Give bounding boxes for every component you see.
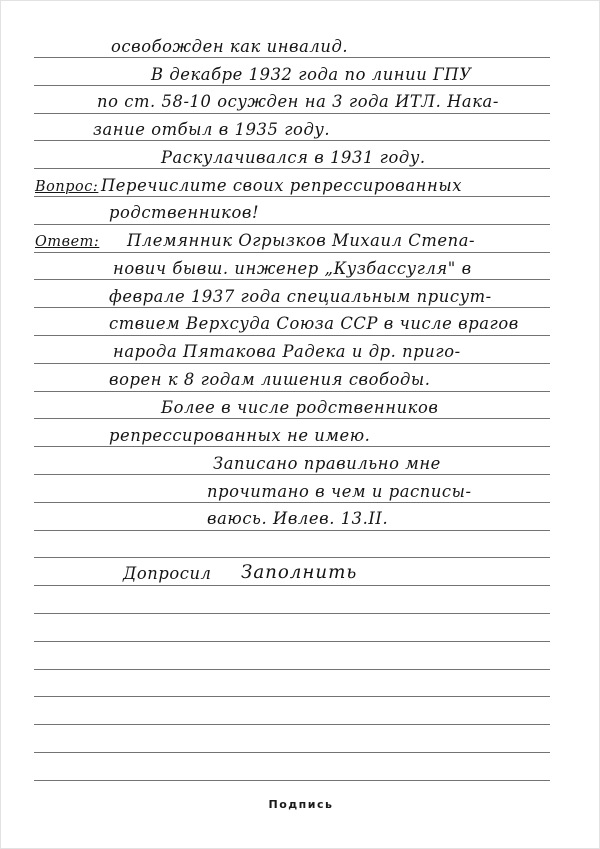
interrogator-signature: Заполнить: [241, 562, 357, 582]
question-label: Вопрос:: [35, 176, 98, 196]
handwritten-line: ворен к 8 годам лишения свободы.: [109, 370, 431, 390]
ruled-line: [34, 57, 550, 58]
ruled-line: [34, 780, 550, 781]
handwritten-line: Племянник Огрызков Михаил Степа-: [127, 231, 475, 251]
ruled-line: [34, 502, 550, 503]
handwritten-line: феврале 1937 года специальным присут-: [109, 287, 492, 307]
signature-caption: Подпись: [1, 798, 600, 811]
ruled-line: [34, 113, 550, 114]
ruled-line: [34, 140, 550, 141]
handwritten-line: Записано правильно мне: [213, 454, 441, 474]
ruled-line: [34, 474, 550, 475]
ruled-line: [34, 335, 550, 336]
ruled-line: [34, 641, 550, 642]
handwritten-line: народа Пятакова Радека и др. приго-: [113, 342, 461, 362]
handwritten-line: зание отбыл в 1935 году.: [93, 120, 330, 140]
ruled-line: [34, 696, 550, 697]
ruled-line: [34, 224, 550, 225]
handwritten-line: Раскулачивался в 1931 году.: [161, 148, 426, 168]
ruled-line: [34, 168, 550, 169]
ruled-line: [34, 557, 550, 558]
handwritten-line: Более в числе родственников: [161, 398, 438, 418]
handwritten-line: по ст. 58-10 осужден на 3 года ИТЛ. Нака…: [97, 92, 499, 112]
handwritten-line: Перечислите своих репрессированных: [101, 176, 462, 196]
ruled-line: [34, 613, 550, 614]
ruled-line: [34, 391, 550, 392]
ruled-line: [34, 279, 550, 280]
handwritten-line: ствием Верхсуда Союза ССР в числе врагов: [109, 314, 519, 334]
ruled-line: [34, 418, 550, 419]
ruled-line: [34, 752, 550, 753]
handwritten-line: освобожден как инвалид.: [111, 37, 348, 57]
ruled-line: [34, 196, 550, 197]
handwritten-line: родственников!: [109, 203, 259, 223]
ruled-line: [34, 446, 550, 447]
answer-label: Ответ:: [35, 231, 99, 251]
handwritten-line: репрессированных не имею.: [109, 426, 370, 446]
handwritten-line: нович бывш. инженер „Кузбассугля" в: [113, 259, 472, 279]
ruled-line: [34, 669, 550, 670]
ruled-line: [34, 363, 550, 364]
handwritten-line: прочитано в чем и расписы-: [207, 482, 472, 502]
ruled-line: [34, 307, 550, 308]
ruled-line: [34, 585, 550, 586]
ruled-line: [34, 724, 550, 725]
document-page: освобожден как инвалид. В декабре 1932 г…: [0, 0, 600, 849]
ruled-line: [34, 252, 550, 253]
ruled-line: [34, 530, 550, 531]
handwritten-line: В декабре 1932 года по линии ГПУ: [151, 65, 472, 85]
ruled-line: [34, 85, 550, 86]
handwritten-line: ваюсь. Ивлев. 13.II.: [207, 509, 388, 529]
interrogator-label: Допросил: [123, 564, 212, 584]
